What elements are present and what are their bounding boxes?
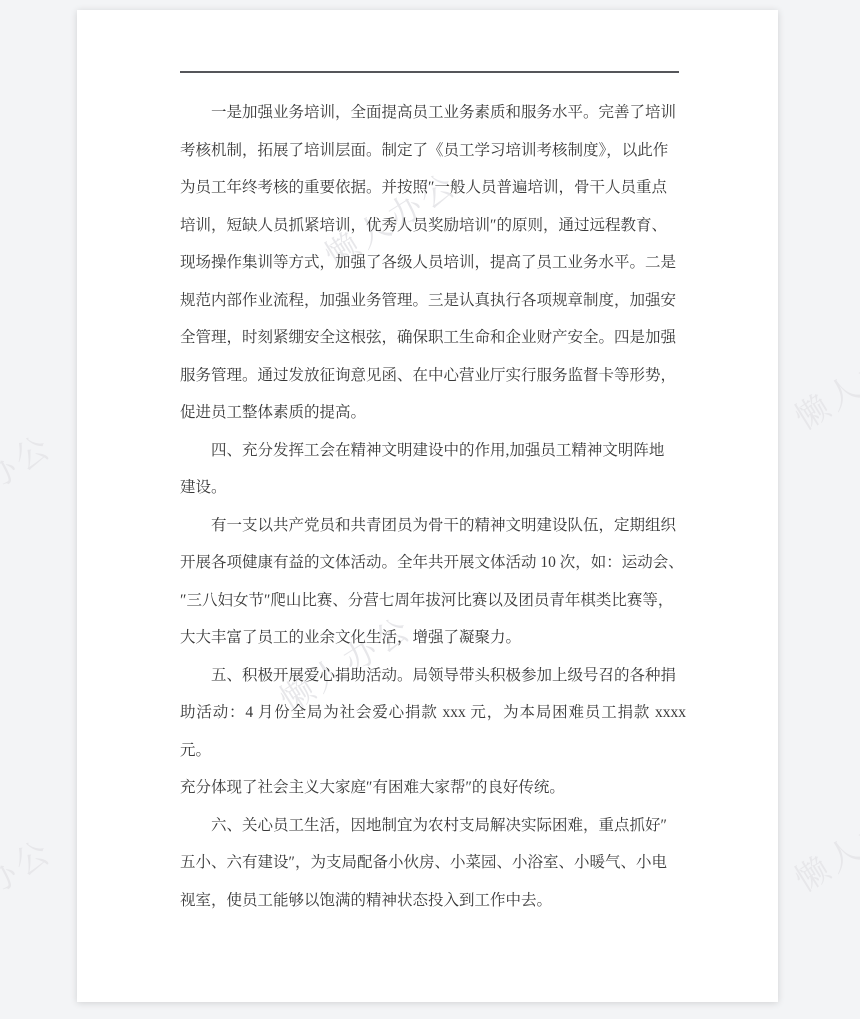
paragraph-section-five: 五、积极开展爱心捐助活动。局领导带头积极参加上级号召的各种捐 助活动：4 月份全… (180, 657, 686, 807)
document-body: 一是加强业务培训，全面提高员工业务素质和服务水平。完善了培训 考核机制，拓展了培… (180, 94, 686, 919)
watermark-text: 懒人办公 (0, 421, 60, 539)
paragraph-section-six: 六、关心员工生活，因地制宜为农村支局解决实际困难，重点抓好″ 五小、六有建设″，… (180, 807, 686, 920)
app-background: 一是加强业务培训，全面提高员工业务素质和服务水平。完善了培训 考核机制，拓展了培… (0, 0, 860, 1019)
paragraph-section-four: 四、充分发挥工会在精神文明建设中的作用,加强员工精神文明阵地 建设。 (180, 432, 686, 507)
watermark-text: 懒人办公 (0, 826, 60, 944)
watermark-text: 懒人办公 (785, 321, 860, 439)
paragraph-culture-activities: 有一支以共产党员和共青团员为骨干的精神文明建设队伍，定期组织 开展各项健康有益的… (180, 507, 686, 657)
watermark-text: 懒人办公 (785, 783, 860, 901)
document-page: 一是加强业务培训，全面提高员工业务素质和服务水平。完善了培训 考核机制，拓展了培… (77, 10, 778, 1002)
paragraph-training: 一是加强业务培训，全面提高员工业务素质和服务水平。完善了培训 考核机制，拓展了培… (180, 94, 686, 432)
header-divider-line (180, 71, 679, 73)
